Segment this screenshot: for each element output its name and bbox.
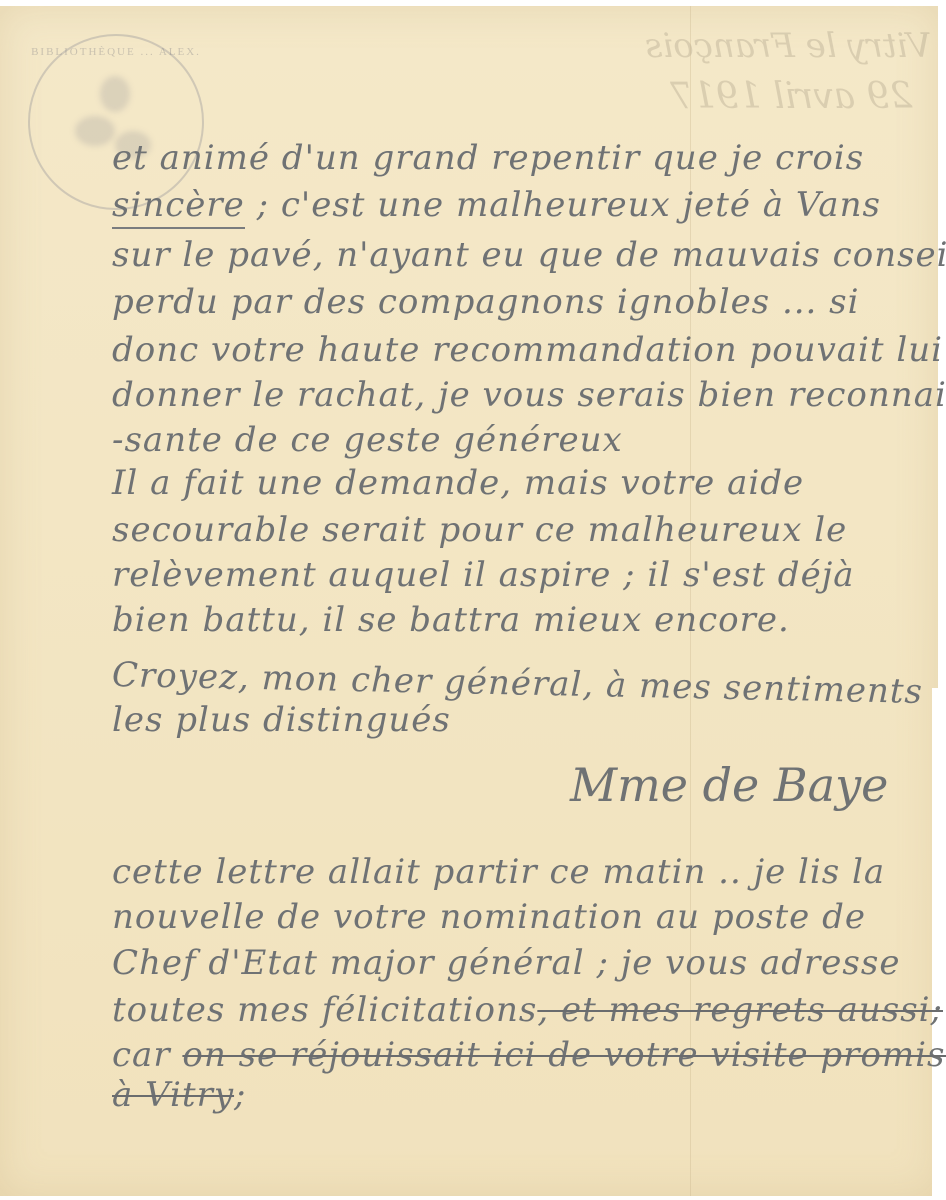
body-line-2-rest: ; c'est une malheureux jeté à Vans: [245, 185, 881, 225]
struck-vitry: à Vitry: [112, 1075, 234, 1115]
postscript-car: car: [112, 1035, 171, 1075]
postscript-congrats: toutes mes félicitations: [112, 990, 537, 1030]
postscript-line-1: cette lettre allait partir ce matin .. j…: [112, 852, 885, 892]
postscript-line-6: à Vitry;: [112, 1075, 247, 1115]
body-line-11: bien battu, il se battra mieux encore.: [112, 600, 790, 640]
postscript-semicolon: ;: [234, 1075, 246, 1115]
body-line-2: sincère ; c'est une malheureux jeté à Va…: [112, 185, 881, 225]
body-line-1: et animé d'un grand repentir que je croi…: [112, 138, 864, 178]
body-line-13: les plus distingués: [112, 700, 451, 740]
body-line-6: donner le rachat, je vous serais bien re…: [112, 375, 946, 415]
struck-regrets: , et mes regrets aussi;: [537, 990, 943, 1030]
body-line-9: secourable serait pour ce malheureux le: [112, 510, 847, 550]
postscript-line-2: nouvelle de votre nomination au poste de: [112, 897, 866, 937]
body-line-7: -sante de ce geste généreux: [112, 420, 623, 460]
underlined-word: sincère: [112, 185, 245, 229]
body-line-4: perdu par des compagnons ignobles ... si: [112, 282, 860, 322]
postscript-line-5: car on se réjouissait ici de votre visit…: [112, 1035, 946, 1075]
signature: Mme de Baye: [570, 758, 888, 812]
struck-visit: on se réjouissait ici de votre visite pr…: [182, 1035, 946, 1075]
postscript-line-4: toutes mes félicitations, et mes regrets…: [112, 990, 943, 1030]
body-line-5: donc votre haute recommandation pouvait …: [112, 330, 943, 370]
body-line-8: Il a fait une demande, mais votre aide: [112, 463, 804, 503]
body-line-3: sur le pavé, n'ayant eu que de mauvais c…: [112, 235, 946, 275]
body-line-10: relèvement auquel il aspire ; il s'est d…: [112, 555, 855, 595]
letter-body: et animé d'un grand repentir que je croi…: [0, 0, 946, 1200]
postscript-line-3: Chef d'Etat major général ; je vous adre…: [112, 943, 900, 983]
